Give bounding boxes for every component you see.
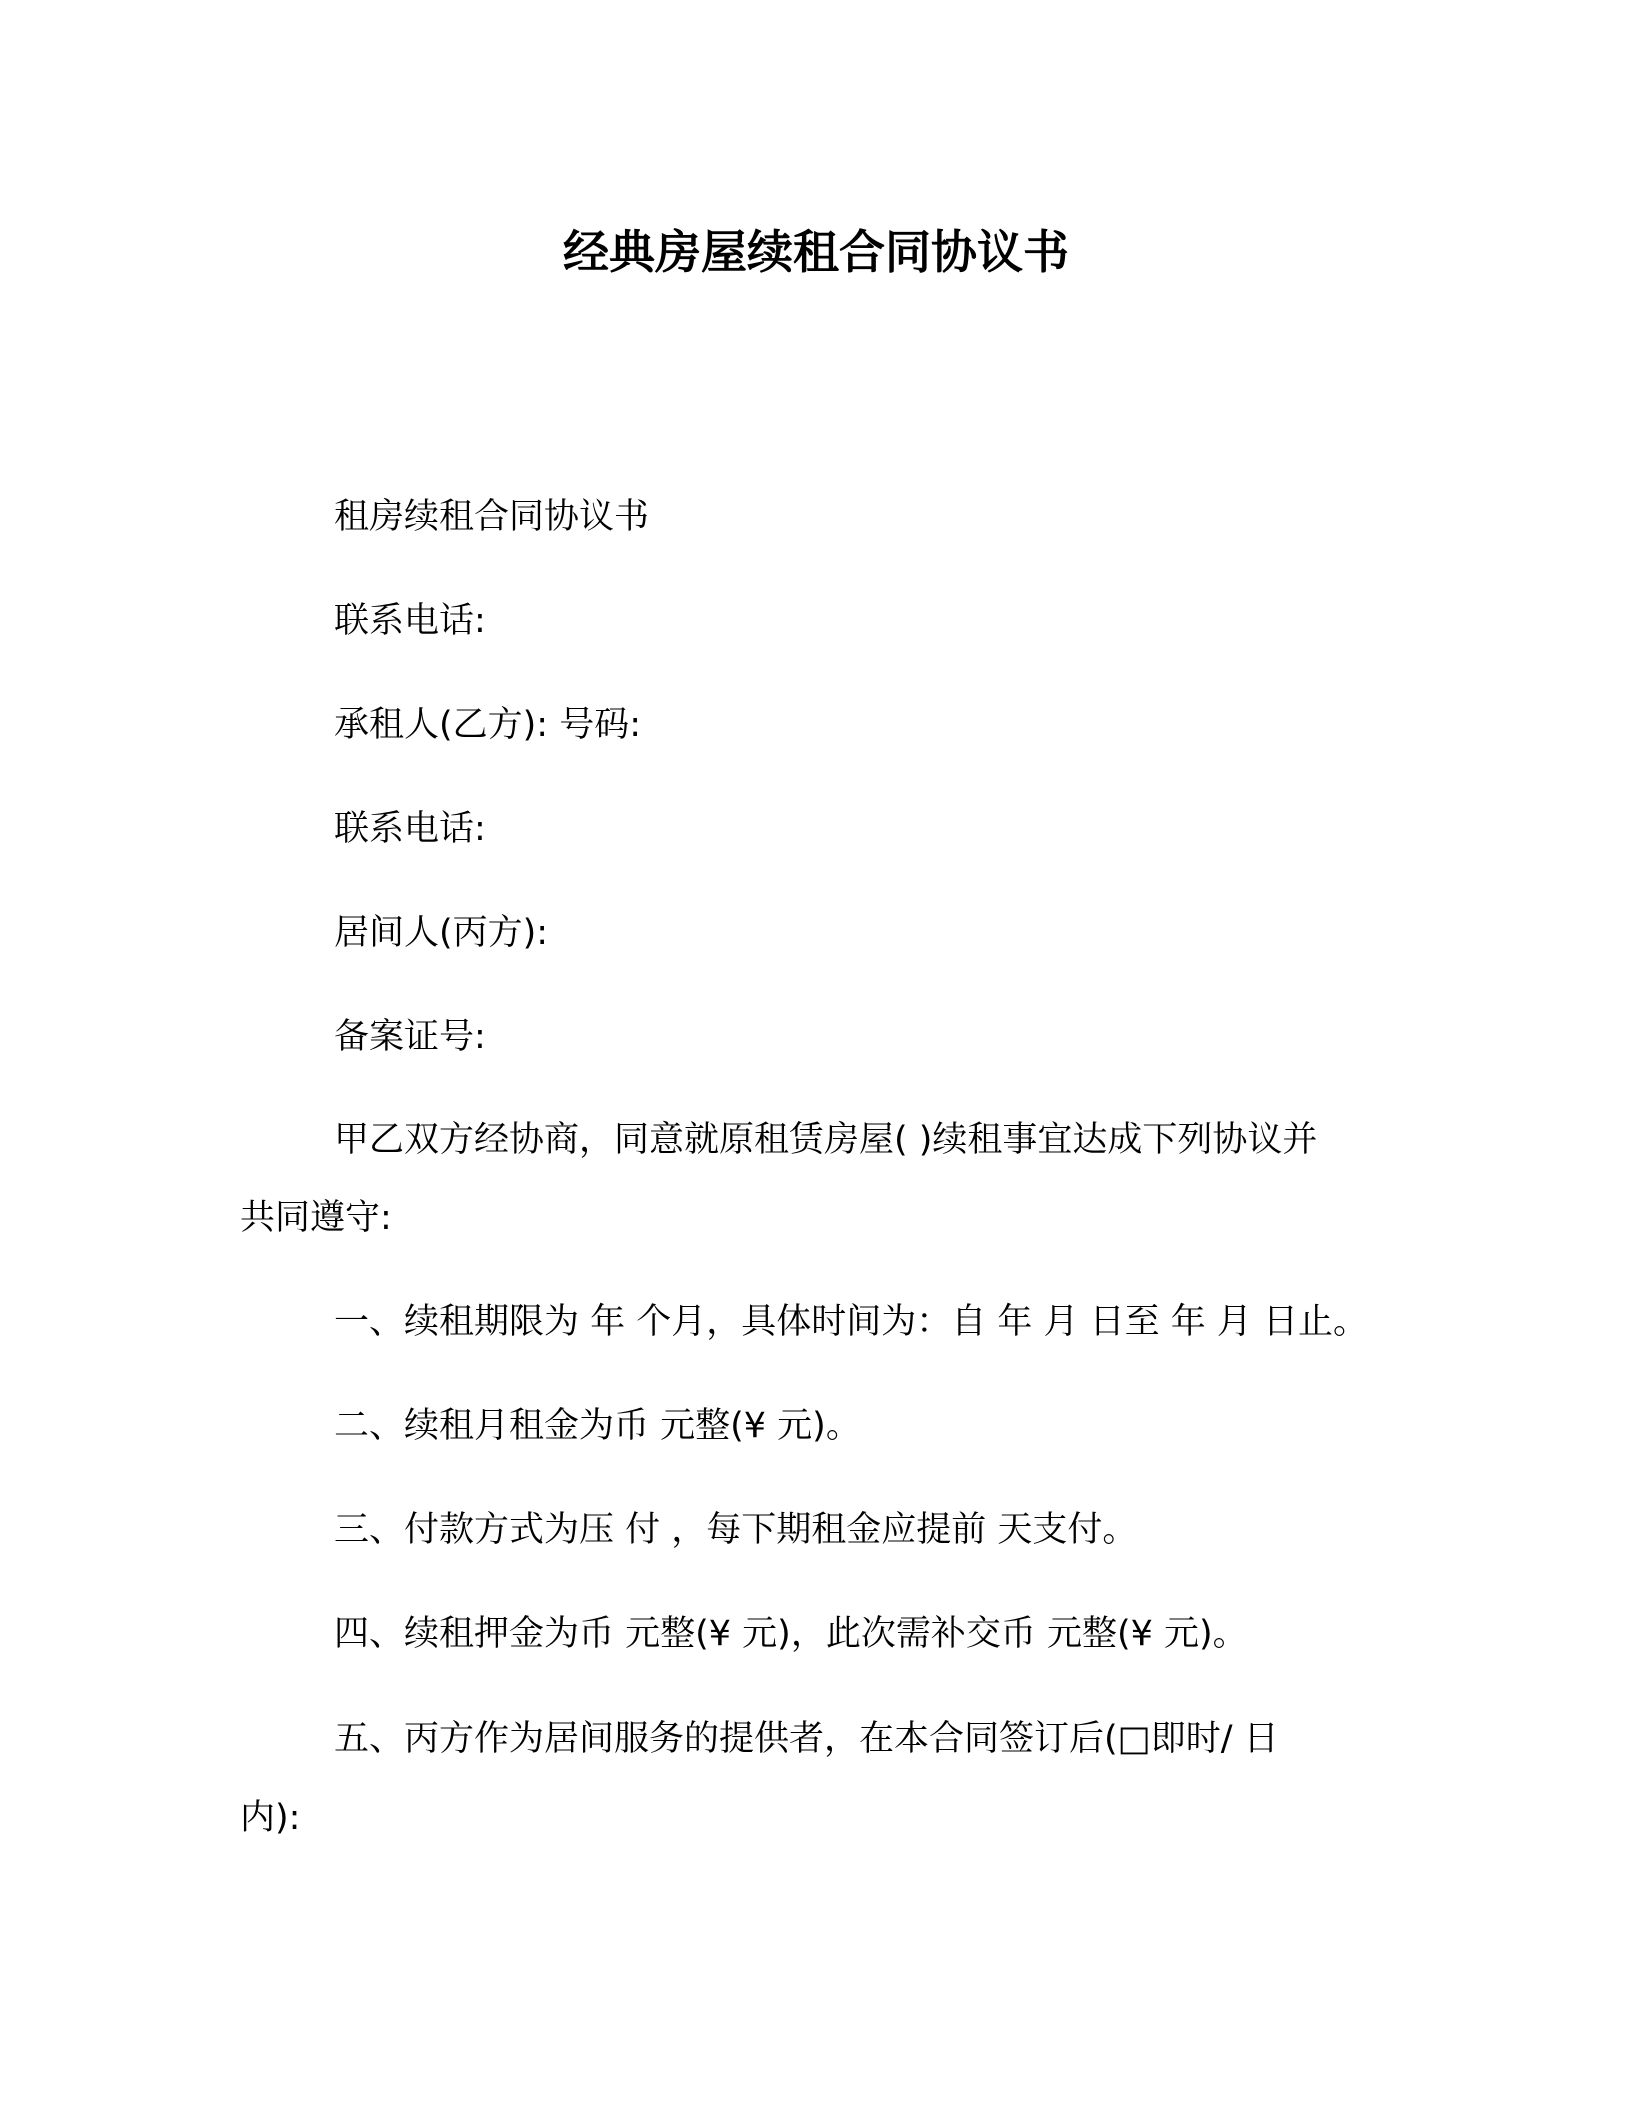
clause-5-line-2: 内): [240,1793,300,1843]
intro-paragraph-line-1: 甲乙双方经协商，同意就原租赁房屋( )续租事宜达成下列协议并 [334,1115,1317,1165]
contact-phone-field: 联系电话: [334,596,486,646]
tenant-field: 承租人(乙方): 号码: [334,700,641,750]
document-page: 经典房屋续租合同协议书 租房续租合同协议书 联系电话: 承租人(乙方): 号码:… [0,0,1632,2112]
contact-phone-field-2: 联系电话: [334,804,486,854]
clause-3: 三、付款方式为压 付 ，每下期租金应提前 天支付。 [334,1505,1137,1555]
clause-2: 二、续租月租金为币 元整(¥ 元)。 [334,1401,861,1451]
clause-4: 四、续租押金为币 元整(¥ 元)，此次需补交币 元整(¥ 元)。 [334,1609,1248,1659]
subtitle-line: 租房续租合同协议书 [334,492,649,542]
intro-paragraph-line-2: 共同遵守: [240,1193,392,1243]
intermediary-field: 居间人(丙方): [334,908,548,958]
clause-5-line-1: 五、丙方作为居间服务的提供者，在本合同签订后(□即时/ 日 [334,1714,1279,1764]
clause-1: 一、续租期限为 年 个月，具体时间为：自 年 月 日至 年 月 日止。 [334,1297,1368,1347]
registration-number-field: 备案证号: [334,1012,486,1062]
document-title: 经典房屋续租合同协议书 [0,222,1632,282]
